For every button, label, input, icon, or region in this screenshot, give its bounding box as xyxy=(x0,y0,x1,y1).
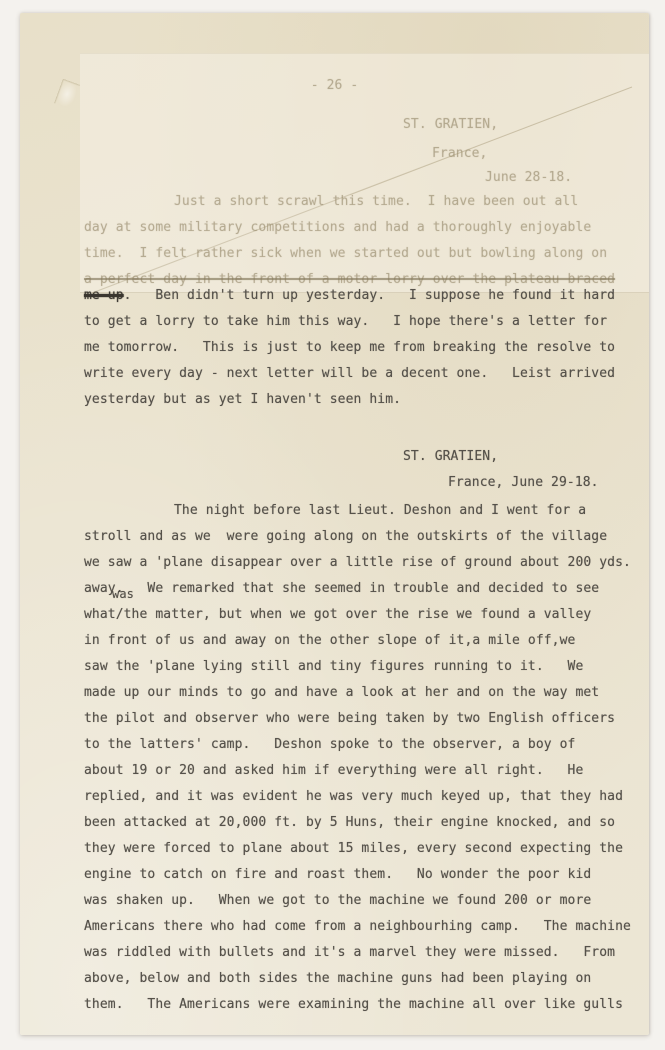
typed-line: replied, and it was evident he was very … xyxy=(84,784,631,810)
page-number-text: - 26 - xyxy=(311,78,359,93)
struck-out-words: me up xyxy=(84,288,124,303)
typed-line: they were forced to plane about 15 miles… xyxy=(84,836,631,862)
typed-line: above, below and both sides the machine … xyxy=(84,966,631,992)
typed-line: to get a lorry to take him this way. I h… xyxy=(84,309,615,335)
typed-line: in front of us and away on the other slo… xyxy=(84,628,631,654)
typed-line: about 19 or 20 and asked him if everythi… xyxy=(84,758,631,784)
dateline-location: ST. GRATIEN, xyxy=(403,444,498,470)
ghost-dateline-date: June 28-18. xyxy=(485,165,572,191)
typed-line: write every day - next letter will be a … xyxy=(84,361,615,387)
ghost-page-number: - 26 - xyxy=(20,73,649,99)
typed-line-with-strikeout: me up. Ben didn't turn up yesterday. I s… xyxy=(84,283,615,309)
typed-line: we saw a 'plane disappear over a little … xyxy=(84,550,631,576)
dateline-date: France, June 29-18. xyxy=(448,470,599,496)
ghost-typed-line: day at some military competitions and ha… xyxy=(84,215,615,241)
typed-line: them. The Americans were examining the m… xyxy=(84,992,631,1018)
typed-line: away. We remarked that she seemed in tro… xyxy=(84,576,631,602)
first-paragraph: me up. Ben didn't turn up yesterday. I s… xyxy=(84,283,615,413)
typed-line: saw the 'plane lying still and tiny figu… xyxy=(84,654,631,680)
typed-line-with-insertion: waswhat/the matter, but when we got over… xyxy=(84,602,631,628)
typed-line: The night before last Lieut. Deshon and … xyxy=(84,498,631,524)
typed-line: me tomorrow. This is just to keep me fro… xyxy=(84,335,615,361)
typed-line: made up our minds to go and have a look … xyxy=(84,680,631,706)
letter-page: - 26 - ST. GRATIEN, France, June 28-18. … xyxy=(20,13,649,1035)
typed-line: the pilot and observer who were being ta… xyxy=(84,706,631,732)
ghost-typed-line: time. I felt rather sick when we started… xyxy=(84,241,615,267)
typed-line: been attacked at 20,000 ft. by 5 Huns, t… xyxy=(84,810,631,836)
typed-line: to the latters' camp. Deshon spoke to th… xyxy=(84,732,631,758)
ghost-typed-line: Just a short scrawl this time. I have be… xyxy=(84,189,615,215)
typed-text: . Ben didn't turn up yesterday. I suppos… xyxy=(124,288,615,303)
typed-line: was riddled with bullets and it's a marv… xyxy=(84,940,631,966)
ghost-dateline-country: France, xyxy=(432,141,488,167)
typed-line: yesterday but as yet I haven't seen him. xyxy=(84,387,615,413)
typed-line: Americans there who had come from a neig… xyxy=(84,914,631,940)
typed-line: was shaken up. When we got to the machin… xyxy=(84,888,631,914)
second-paragraph: The night before last Lieut. Deshon and … xyxy=(84,498,631,1018)
ghost-paragraph: Just a short scrawl this time. I have be… xyxy=(84,189,615,293)
ghost-dateline-location: ST. GRATIEN, xyxy=(403,112,498,138)
inserted-word-above-line: was xyxy=(112,588,134,600)
typed-line: stroll and as we were going along on the… xyxy=(84,524,631,550)
typed-line: engine to catch on fire and roast them. … xyxy=(84,862,631,888)
typed-text: what/the matter, but when we got over th… xyxy=(84,607,591,622)
